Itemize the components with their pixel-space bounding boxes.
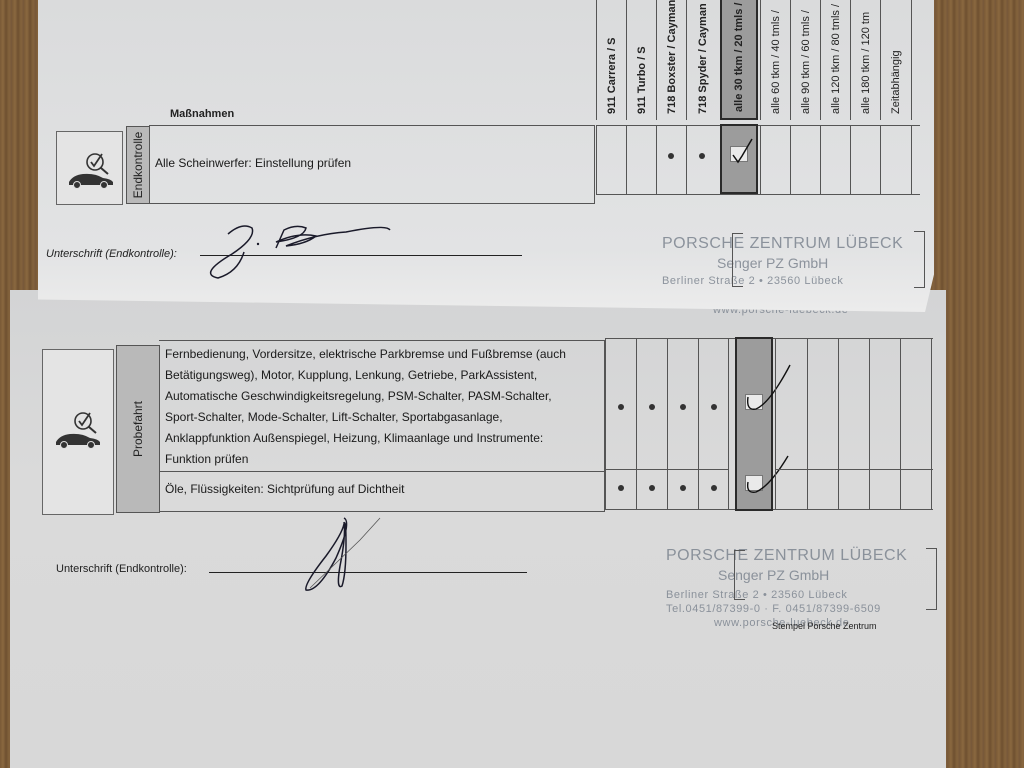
car-inspection-icon [43, 350, 115, 516]
checkbox-30tkm-row1[interactable] [745, 394, 763, 410]
model-mark-dot [680, 404, 686, 410]
checkmark-icon [729, 137, 759, 167]
probefahrt-label: Probefahrt [116, 345, 160, 513]
signature-label: Unterschrift (Endkontrolle): [46, 248, 177, 260]
model-mark-dot [711, 485, 717, 491]
model-mark-dot [680, 485, 686, 491]
signature-label: Unterschrift (Endkontrolle): [56, 563, 187, 575]
col-header-90tkm: alle 90 tkm / 60 tmls / [790, 0, 820, 120]
col-header-30tkm: alle 30 tkm / 20 tmls / [720, 0, 758, 120]
probefahrt-table: Fernbedienung, Vordersitze, elektrische … [159, 340, 605, 512]
column-headers: 911 Carrera / S 911 Turbo / S 718 Boxste… [596, 0, 920, 120]
col-header-718-spyder: 718 Spyder / Cayman [686, 0, 718, 120]
endkontrolle-row: Alle Scheinwerfer: Einstellung prüfen [149, 125, 595, 204]
col-header-718-boxster: 718 Boxster / Cayman [656, 0, 686, 120]
col-header-120tkm: alle 120 tkm / 80 tmls / [820, 0, 850, 120]
model-mark-dot [618, 485, 624, 491]
model-mark-dot [668, 153, 674, 159]
probefahrt-row-2-text: Öle, Flüssigkeiten: Sichtprüfung auf Dic… [165, 479, 404, 500]
dealer-stamp: PORSCHE ZENTRUM LÜBECK Senger PZ GmbH Be… [662, 235, 922, 287]
endkontrolle-icon-box [56, 131, 123, 205]
dealer-stamp: PORSCHE ZENTRUM LÜBECK Senger PZ GmbH Be… [666, 547, 936, 629]
checkbox-30tkm[interactable] [730, 146, 748, 162]
model-mark-dot [618, 404, 624, 410]
col-header-911-carrera: 911 Carrera / S [596, 0, 626, 120]
document-page-upper: 911 Carrera / S 911 Turbo / S 718 Boxste… [38, 0, 934, 312]
endkontrolle-label: Endkontrolle [126, 126, 150, 204]
checkbox-30tkm-row2[interactable] [745, 475, 763, 491]
endkontrolle-grid [596, 125, 920, 195]
col-header-180tkm: alle 180 tkm / 120 tm [850, 0, 880, 120]
document-page-lower: Tel.0451/87399-0 · F. 0451/87399-6509 ww… [10, 290, 946, 768]
interval-30tkm-cell [735, 337, 773, 511]
col-header-zeitabhaengig: Zeitabhängig [880, 0, 912, 120]
interval-30tkm-cell [720, 124, 758, 194]
handwritten-signature[interactable] [280, 512, 400, 602]
handwritten-signature[interactable] [188, 212, 418, 282]
probefahrt-row-1-text: Fernbedienung, Vordersitze, elektrische … [165, 344, 566, 470]
col-header-60tkm: alle 60 tkm / 40 tmls / [760, 0, 790, 120]
stamp-caption: Stempel Porsche Zentrum [772, 621, 877, 631]
model-mark-dot [649, 485, 655, 491]
model-mark-dot [711, 404, 717, 410]
probefahrt-icon-box [42, 349, 114, 515]
model-mark-dot [649, 404, 655, 410]
car-inspection-icon [57, 132, 124, 206]
probefahrt-grid [605, 338, 933, 510]
model-mark-dot [699, 153, 705, 159]
endkontrolle-row-text: Alle Scheinwerfer: Einstellung prüfen [155, 153, 351, 174]
massnahmen-header: Maßnahmen [170, 108, 234, 120]
col-header-911-turbo: 911 Turbo / S [626, 0, 656, 120]
